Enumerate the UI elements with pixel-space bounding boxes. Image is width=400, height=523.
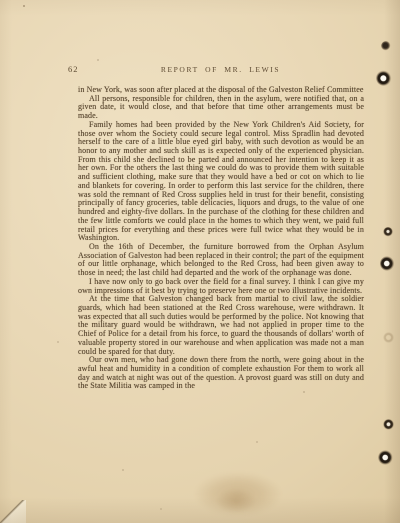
- paragraph: All persons, responsible for children, t…: [78, 95, 364, 121]
- corner-curl: [0, 500, 26, 523]
- faint-hole-impression: [383, 332, 394, 343]
- binder-hole-bottom: [378, 450, 393, 465]
- binder-hole-mark-middle: [383, 227, 393, 237]
- paper-stain: [194, 472, 282, 516]
- running-title: REPORT OF MR. LEWIS: [78, 65, 363, 74]
- binder-hole-mark-bottom: [383, 419, 394, 430]
- binder-hole-mark-top: [381, 41, 391, 51]
- page-body: in New York, was soon after placed at th…: [78, 86, 364, 391]
- page-header: 62 REPORT OF MR. LEWIS: [78, 64, 363, 76]
- paper-speckles: [0, 0, 2, 2]
- paper-stain-core: [214, 488, 258, 514]
- paragraph: On the 16th of December, the furniture b…: [78, 243, 364, 278]
- scanned-page: 62 REPORT OF MR. LEWIS in New York, was …: [0, 0, 400, 523]
- binder-hole-middle: [380, 256, 395, 271]
- paragraph: At the time that Galveston changed back …: [78, 295, 364, 356]
- paragraph: Family homes had been provided by the Ne…: [78, 121, 364, 243]
- binder-hole-top: [376, 70, 392, 86]
- paragraph: I have now only to go back over the fiel…: [78, 278, 364, 295]
- page-number: 62: [68, 64, 79, 74]
- paragraph: Our own men, who had gone down there fro…: [78, 356, 364, 391]
